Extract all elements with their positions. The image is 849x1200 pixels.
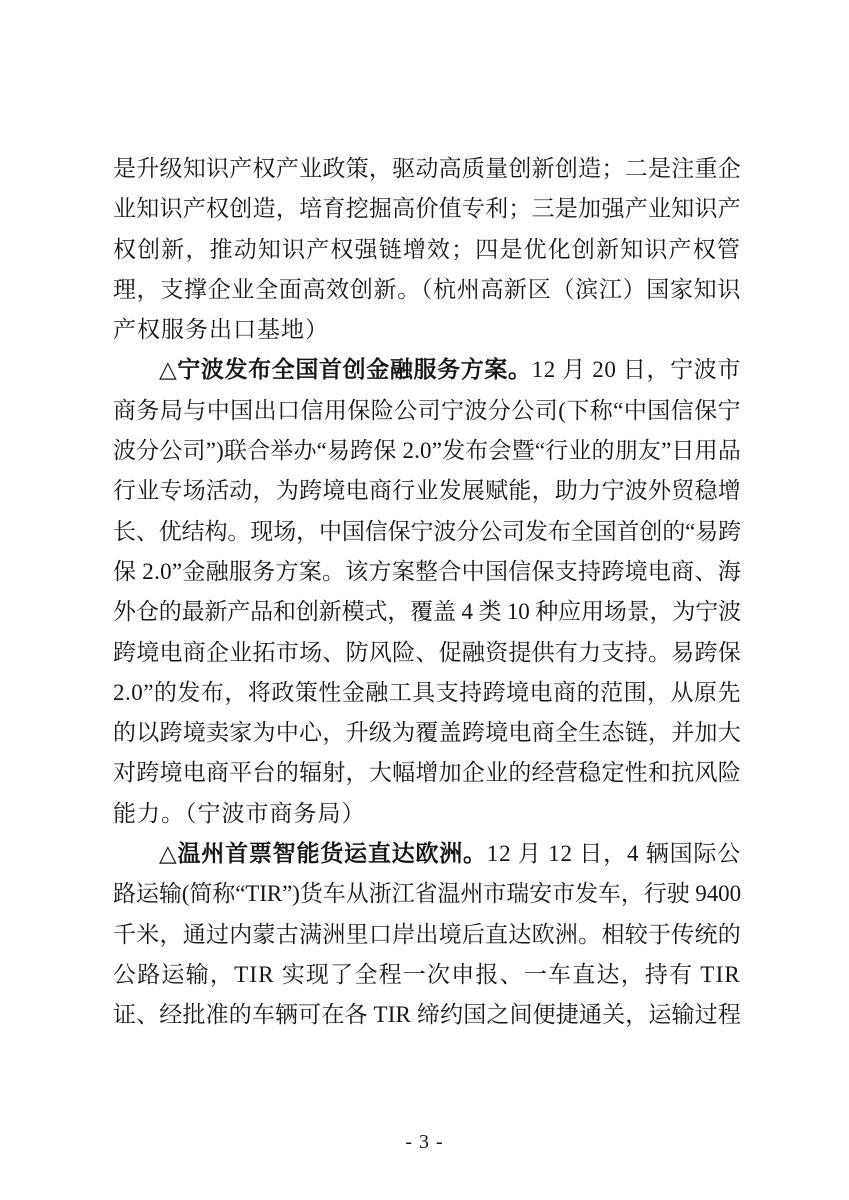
text-line: 能力。（宁波市商务局）	[113, 794, 741, 834]
line-text: 能力。（宁波市商务局）	[113, 801, 366, 826]
text-segment: 外仓的最新产品和创新模式，覆盖 4 类 10 种应用场景，为宁波	[113, 599, 741, 624]
line-text: △宁波发布全国首创金融服务方案。12 月 20 日，宁波市	[159, 357, 741, 382]
text-segment: 路运输(简称“TIR”)货车从浙江省温州市瑞安市发车，行驶 9400	[113, 881, 741, 906]
text-line: 跨境电商企业拓市场、防风险、促融资提供有力支持。易跨保	[113, 633, 741, 673]
text-segment: 保 2.0”金融服务方案。该方案整合中国信保支持跨境电商、海	[113, 559, 741, 584]
line-text: 商务局与中国出口信用保险公司宁波分公司(下称“中国信保宁	[113, 398, 741, 423]
text-line: 路运输(简称“TIR”)货车从浙江省温州市瑞安市发车，行驶 9400	[113, 874, 741, 914]
heading-bold-text: △温州首票智能货运直达欧洲。	[159, 841, 487, 866]
heading-line: △宁波发布全国首创金融服务方案。12 月 20 日，宁波市	[113, 350, 741, 390]
line-text: △温州首票智能货运直达欧洲。12 月 12 日，4 辆国际公	[159, 841, 741, 866]
heading-bold-text: △宁波发布全国首创金融服务方案。	[159, 357, 532, 382]
text-segment: 12 月 12 日，4 辆国际公	[487, 841, 741, 866]
line-text: 跨境电商企业拓市场、防风险、促融资提供有力支持。易跨保	[113, 640, 741, 665]
text-segment: 2.0”的发布，将政策性金融工具支持跨境电商的范围，从原先	[113, 680, 741, 705]
text-line: 外仓的最新产品和创新模式，覆盖 4 类 10 种应用场景，为宁波	[113, 592, 741, 632]
text-segment: 权创新，推动知识产权强链增效；四是优化创新知识产权管	[113, 237, 741, 262]
document-page: 是升级知识产权产业政策，驱动高质量创新创造；二是注重企业知识产权创造，培育挖掘高…	[0, 0, 849, 1200]
text-segment: 行业专场活动，为跨境电商行业发展赋能，助力宁波外贸稳增	[113, 478, 741, 503]
text-line: 的以跨境卖家为中心，升级为覆盖跨境电商全生态链，并加大	[113, 713, 741, 753]
text-segment: 证、经批准的车辆可在各 TIR 缔约国之间便捷通关，运输过程	[113, 1002, 741, 1027]
text-segment: 12 月 20 日，宁波市	[532, 357, 741, 382]
text-line: 波分公司”)联合举办“易跨保 2.0”发布会暨“行业的朋友”日用品	[113, 431, 741, 471]
page-number: - 3 -	[0, 1131, 849, 1154]
text-segment: 商务局与中国出口信用保险公司宁波分公司(下称“中国信保宁	[113, 398, 741, 423]
line-text: 对跨境电商平台的辐射，大幅增加企业的经营稳定性和抗风险	[113, 760, 741, 785]
line-text: 业知识产权创造，培育挖掘高价值专利；三是加强产业知识产	[113, 196, 741, 221]
line-text: 证、经批准的车辆可在各 TIR 缔约国之间便捷通关，运输过程	[113, 1002, 741, 1027]
line-text: 是升级知识产权产业政策，驱动高质量创新创造；二是注重企	[113, 156, 741, 181]
text-segment: 是升级知识产权产业政策，驱动高质量创新创造；二是注重企	[113, 156, 741, 181]
line-text: 公路运输，TIR 实现了全程一次申报、一车直达，持有 TIR	[113, 962, 741, 987]
text-line: 是升级知识产权产业政策，驱动高质量创新创造；二是注重企	[113, 149, 741, 189]
text-line: 千米，通过内蒙古满洲里口岸出境后直达欧洲。相较于传统的	[113, 915, 741, 955]
text-line: 业知识产权创造，培育挖掘高价值专利；三是加强产业知识产	[113, 189, 741, 229]
line-text: 长、优结构。现场，中国信保宁波分公司发布全国首创的“易跨	[113, 519, 741, 544]
line-text: 理，支撑企业全面高效创新。（杭州高新区（滨江）国家知识	[113, 277, 741, 302]
line-text: 外仓的最新产品和创新模式，覆盖 4 类 10 种应用场景，为宁波	[113, 599, 741, 624]
text-segment: 产权服务出口基地）	[113, 317, 329, 342]
text-segment: 的以跨境卖家为中心，升级为覆盖跨境电商全生态链，并加大	[113, 720, 741, 745]
text-line: 长、优结构。现场，中国信保宁波分公司发布全国首创的“易跨	[113, 512, 741, 552]
heading-line: △温州首票智能货运直达欧洲。12 月 12 日，4 辆国际公	[113, 834, 741, 874]
text-line: 行业专场活动，为跨境电商行业发展赋能，助力宁波外贸稳增	[113, 471, 741, 511]
text-line: 证、经批准的车辆可在各 TIR 缔约国之间便捷通关，运输过程	[113, 995, 741, 1035]
text-line: 权创新，推动知识产权强链增效；四是优化创新知识产权管	[113, 230, 741, 270]
text-line: 公路运输，TIR 实现了全程一次申报、一车直达，持有 TIR	[113, 955, 741, 995]
text-segment: 理，支撑企业全面高效创新。（杭州高新区（滨江）国家知识	[113, 277, 741, 302]
text-segment: 能力。（宁波市商务局）	[113, 801, 366, 826]
text-line: 产权服务出口基地）	[113, 310, 741, 350]
text-segment: 公路运输，TIR 实现了全程一次申报、一车直达，持有 TIR	[113, 962, 741, 987]
line-text: 保 2.0”金融服务方案。该方案整合中国信保支持跨境电商、海	[113, 559, 741, 584]
line-text: 产权服务出口基地）	[113, 317, 329, 342]
text-line: 理，支撑企业全面高效创新。（杭州高新区（滨江）国家知识	[113, 270, 741, 310]
document-body: 是升级知识产权产业政策，驱动高质量创新创造；二是注重企业知识产权创造，培育挖掘高…	[113, 149, 741, 1036]
text-segment: 波分公司”)联合举办“易跨保 2.0”发布会暨“行业的朋友”日用品	[113, 438, 741, 463]
text-line: 商务局与中国出口信用保险公司宁波分公司(下称“中国信保宁	[113, 391, 741, 431]
line-text: 路运输(简称“TIR”)货车从浙江省温州市瑞安市发车，行驶 9400	[113, 881, 741, 906]
text-segment: 跨境电商企业拓市场、防风险、促融资提供有力支持。易跨保	[113, 640, 741, 665]
line-text: 权创新，推动知识产权强链增效；四是优化创新知识产权管	[113, 237, 741, 262]
text-segment: 对跨境电商平台的辐射，大幅增加企业的经营稳定性和抗风险	[113, 760, 741, 785]
text-line: 2.0”的发布，将政策性金融工具支持跨境电商的范围，从原先	[113, 673, 741, 713]
text-segment: 千米，通过内蒙古满洲里口岸出境后直达欧洲。相较于传统的	[113, 922, 741, 947]
text-line: 保 2.0”金融服务方案。该方案整合中国信保支持跨境电商、海	[113, 552, 741, 592]
line-text: 2.0”的发布，将政策性金融工具支持跨境电商的范围，从原先	[113, 680, 741, 705]
text-line: 对跨境电商平台的辐射，大幅增加企业的经营稳定性和抗风险	[113, 753, 741, 793]
line-text: 的以跨境卖家为中心，升级为覆盖跨境电商全生态链，并加大	[113, 720, 741, 745]
text-segment: 业知识产权创造，培育挖掘高价值专利；三是加强产业知识产	[113, 196, 741, 221]
line-text: 千米，通过内蒙古满洲里口岸出境后直达欧洲。相较于传统的	[113, 922, 741, 947]
line-text: 波分公司”)联合举办“易跨保 2.0”发布会暨“行业的朋友”日用品	[113, 438, 741, 463]
line-text: 行业专场活动，为跨境电商行业发展赋能，助力宁波外贸稳增	[113, 478, 741, 503]
text-segment: 长、优结构。现场，中国信保宁波分公司发布全国首创的“易跨	[113, 519, 741, 544]
